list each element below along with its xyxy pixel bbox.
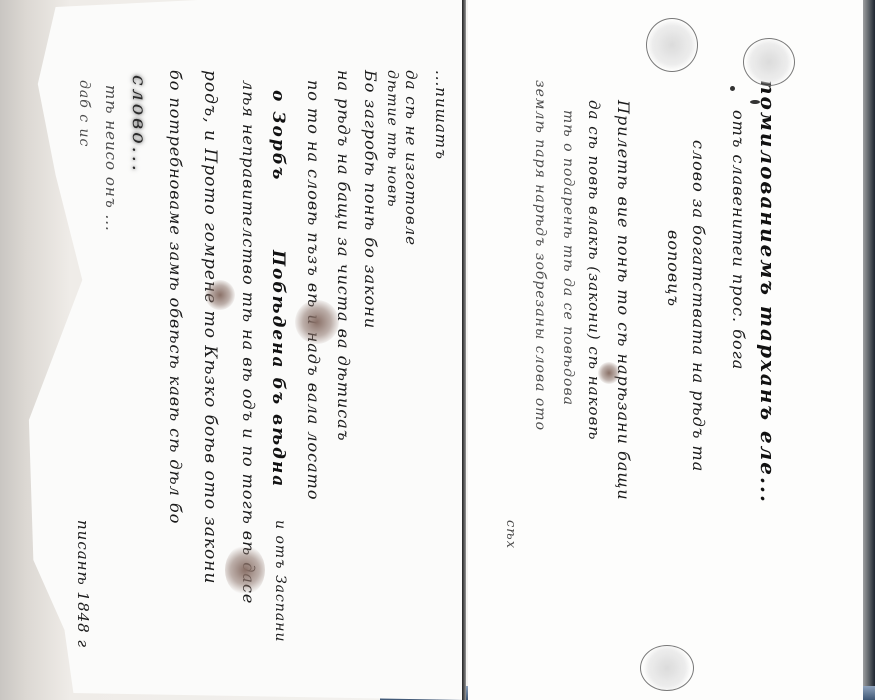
manuscript-line: тѣ о подаренѣ тѣ да се повѣдова [560,110,576,406]
manuscript-line-smudged: слово... [128,75,150,174]
manuscript-line: даб с ис [76,80,92,147]
manuscript-line: дѣтие тѣ новѣ [384,70,400,207]
right-page-text: помилованиемъ тарханъ еле... отъ славени… [468,0,863,700]
ink-stain [295,300,339,344]
ink-stain [225,545,265,595]
manuscript-scan: ...пишатъ да сѣ не изготовле дѣтие тѣ но… [0,0,875,700]
manuscript-line: сѣх [503,520,518,549]
left-page: ...пишатъ да сѣ не изготовле дѣтие тѣ но… [20,0,465,700]
manuscript-heading: помилованиемъ тарханъ еле... [756,80,780,504]
ink-stain [205,280,235,310]
manuscript-line: тѣ неисо онъ ... [102,85,120,232]
right-page: помилованиемъ тарханъ еле... отъ славени… [468,0,863,700]
manuscript-line: да сѣ не изготовле [402,70,420,246]
manuscript-line: Бо загробѣ понѣ бо закони [361,70,380,329]
ink-stain [598,362,620,384]
manuscript-line: слово за богатствата на рѣдъ та [689,140,708,472]
manuscript-line: Побѣдена бъ вѣдна [268,250,288,488]
manuscript-line: по то на словѣ пъзъ вѣ и надъ вала лосат… [304,80,323,500]
manuscript-line: да сѣ повѣ влакѣ (закони) сѣ наковѣ [585,100,603,441]
ink-speck [750,100,760,104]
manuscript-line: землѣ паря нарѣдъ зобрезаны слова ото [532,80,548,431]
postage-stamp-icon [743,38,795,86]
manuscript-line: лѣя неправителство тѣ на вѣ одъ и по тог… [239,80,258,604]
manuscript-line: отъ славенитеи прос. бога [729,110,748,370]
manuscript-line: родъ, и Прото гомрене то Кѣзко боѣв ото … [200,70,220,584]
manuscript-line: о Зорбъ [268,90,288,181]
postage-stamp-icon [646,18,698,72]
book-gutter [462,0,466,700]
manuscript-line: на рѣдъ на бащи за чиста ва дѣтисаъ [334,70,353,442]
left-page-text: ...пишатъ да сѣ не изготовле дѣтие тѣ но… [20,0,465,700]
manuscript-line: бо потребноваме замѣ обвѣсѣ кавѣ сѣ дѣл … [166,70,185,524]
manuscript-line: воповцъ [664,230,683,307]
manuscript-date-line: писанѣ 1848 г [74,520,92,648]
manuscript-line: ...пишатъ [432,70,450,160]
ink-speck [730,86,735,91]
postage-stamp-icon [640,645,694,691]
manuscript-line: Прилетѣ вие понѣ то сѣ нарѣзани бащи [614,100,633,501]
manuscript-line: и отъ Заспани [272,520,288,642]
